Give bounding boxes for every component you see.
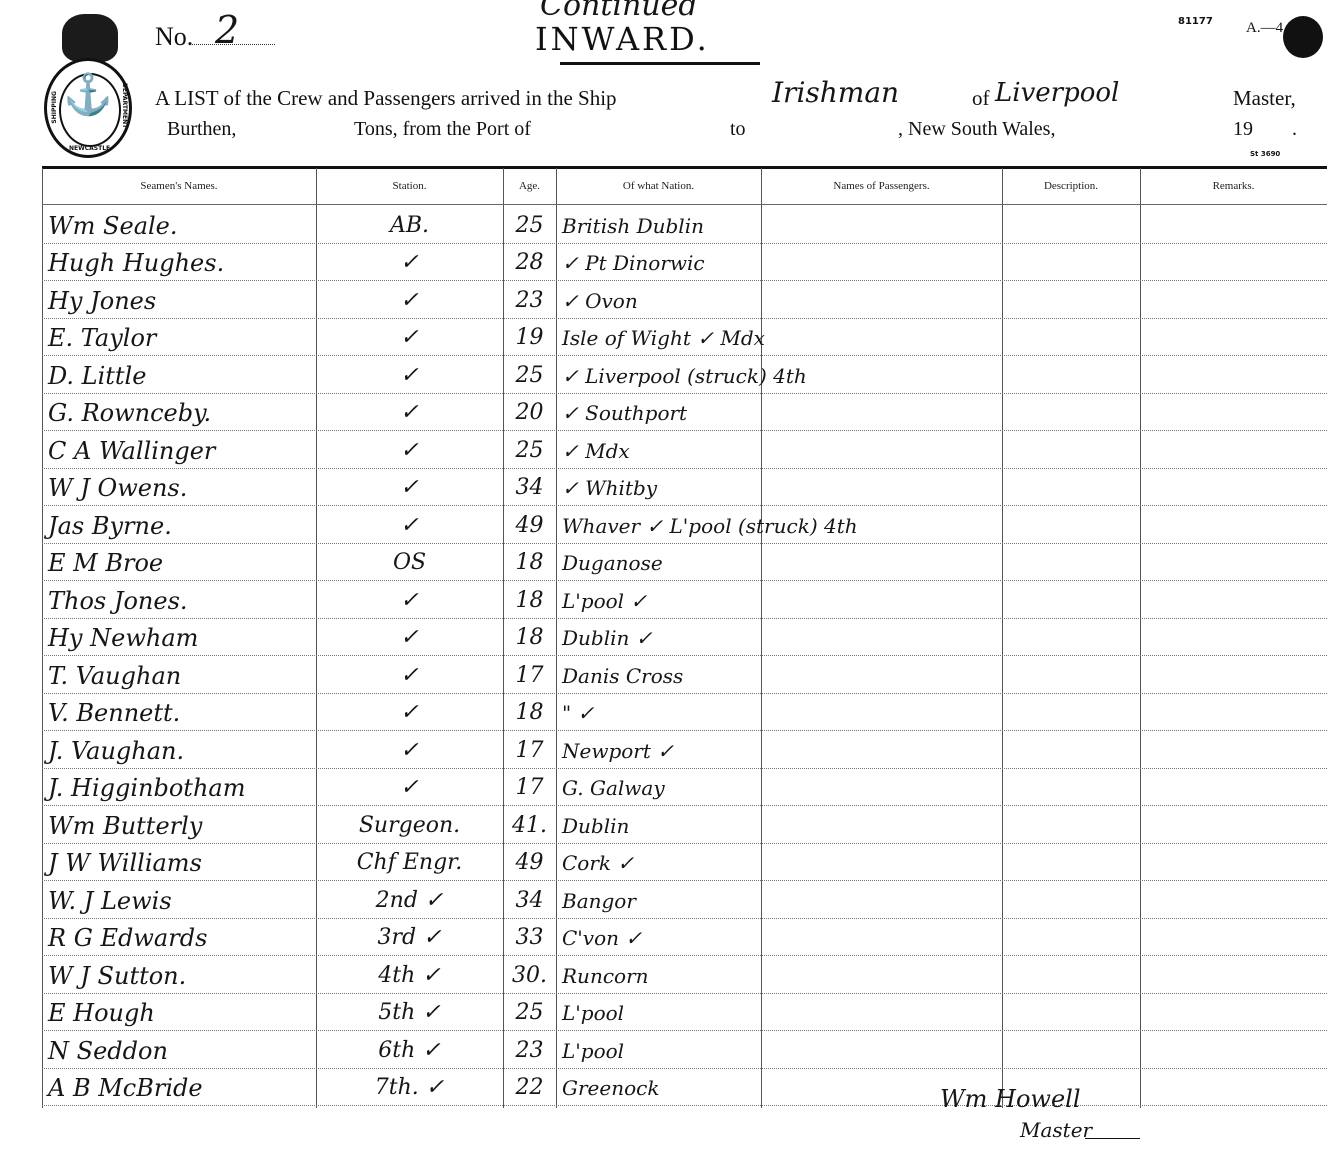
- table-row: N Seddon6th ✓23L'pool: [42, 1030, 1327, 1069]
- stamp-code: St 3690: [1250, 150, 1280, 158]
- table-row: V. Bennett.✓18" ✓: [42, 693, 1327, 732]
- seaman-name-cell: Thos Jones.: [48, 586, 188, 616]
- table-row: J. Vaughan.✓17Newport ✓: [42, 730, 1327, 769]
- age-cell: 23: [503, 1036, 556, 1066]
- age-cell: 34: [503, 473, 556, 503]
- master-signature: Wm Howell: [940, 1085, 1081, 1113]
- station-cell: Chf Engr.: [316, 848, 503, 878]
- year-suffix: .: [1292, 118, 1297, 141]
- table-row: Jas Byrne.✓49Whaver ✓ L'pool (struck) 4t…: [42, 505, 1327, 544]
- station-cell: ✓: [316, 398, 503, 428]
- nation-cell: Runcorn: [562, 961, 649, 991]
- table-row: E. Taylor✓19Isle of Wight ✓ Mdx: [42, 318, 1327, 357]
- seaman-name-cell: R G Edwards: [48, 923, 207, 953]
- station-cell: ✓: [316, 773, 503, 803]
- nation-cell: L'pool: [562, 1036, 624, 1066]
- anchor-icon: ⚓: [47, 75, 129, 115]
- seaman-name-cell: Wm Seale.: [48, 211, 178, 241]
- column-header-station: Station.: [316, 180, 503, 192]
- table-row: Wm ButterlySurgeon.41.Dublin: [42, 805, 1327, 844]
- nation-cell: Dublin: [562, 811, 629, 841]
- age-cell: 18: [503, 623, 556, 653]
- age-cell: 18: [503, 586, 556, 616]
- seaman-name-cell: E Hough: [48, 998, 155, 1028]
- table-row: Thos Jones.✓18L'pool ✓: [42, 580, 1327, 619]
- age-cell: 17: [503, 773, 556, 803]
- table-row: A B McBride7th. ✓22Greenock: [42, 1068, 1327, 1107]
- station-cell: OS: [316, 548, 503, 578]
- form-number-label: No.: [155, 22, 193, 52]
- station-cell: ✓: [316, 511, 503, 541]
- nation-cell: G. Galway: [562, 773, 665, 803]
- age-cell: 25: [503, 998, 556, 1028]
- seaman-name-cell: Hugh Hughes.: [48, 248, 224, 278]
- age-cell: 17: [503, 736, 556, 766]
- age-cell: 18: [503, 548, 556, 578]
- nation-cell: ✓ Ovon: [562, 286, 638, 316]
- age-cell: 49: [503, 848, 556, 878]
- form-code: A.—4: [1246, 20, 1283, 37]
- station-cell: 7th. ✓: [316, 1073, 503, 1103]
- nation-cell: British Dublin: [562, 211, 704, 241]
- table-row: Hy Newham✓18Dublin ✓: [42, 618, 1327, 657]
- nation-cell: C'von ✓: [562, 923, 642, 953]
- station-cell: Surgeon.: [316, 811, 503, 841]
- seaman-name-cell: Hy Jones: [48, 286, 156, 316]
- seaman-name-cell: Jas Byrne.: [48, 511, 172, 541]
- crew-table: Seamen's Names. Station. Age. Of what Na…: [42, 168, 1327, 1108]
- station-cell: 6th ✓: [316, 1036, 503, 1066]
- title-underline: [560, 62, 760, 65]
- crown-icon: [62, 14, 118, 62]
- age-cell: 19: [503, 323, 556, 353]
- nation-cell: L'pool ✓: [562, 586, 647, 616]
- form-title: INWARD.: [535, 20, 710, 58]
- station-cell: ✓: [316, 361, 503, 391]
- table-row: W J Sutton.4th ✓30.Runcorn: [42, 955, 1327, 994]
- column-header-passengers: Names of Passengers.: [761, 180, 1002, 192]
- table-row: T. Vaughan✓17Danis Cross: [42, 655, 1327, 694]
- age-cell: 30.: [503, 961, 556, 991]
- age-cell: 41.: [503, 811, 556, 841]
- seaman-name-cell: E M Broe: [48, 548, 163, 578]
- age-cell: 25: [503, 361, 556, 391]
- seaman-name-cell: C A Wallinger: [48, 436, 215, 466]
- station-cell: 5th ✓: [316, 998, 503, 1028]
- age-cell: 18: [503, 698, 556, 728]
- station-cell: 4th ✓: [316, 961, 503, 991]
- of-label: of: [972, 86, 990, 111]
- nation-cell: Duganose: [562, 548, 663, 578]
- station-cell: 2nd ✓: [316, 886, 503, 916]
- age-cell: 33: [503, 923, 556, 953]
- station-cell: ✓: [316, 473, 503, 503]
- ship-name: Irishman: [772, 76, 899, 109]
- seaman-name-cell: W J Owens.: [48, 473, 187, 503]
- form-serial: 81177: [1178, 16, 1213, 27]
- table-row: D. Little✓25✓ Liverpool (struck) 4th: [42, 355, 1327, 394]
- age-cell: 34: [503, 886, 556, 916]
- seaman-name-cell: W J Sutton.: [48, 961, 186, 991]
- station-cell: ✓: [316, 323, 503, 353]
- age-cell: 49: [503, 511, 556, 541]
- badge-text-top: SHIPPING: [51, 91, 58, 124]
- nation-cell: Dublin ✓: [562, 623, 653, 653]
- nation-cell: ✓ Mdx: [562, 436, 630, 466]
- nation-cell: Newport ✓: [562, 736, 674, 766]
- table-row: Hy Jones✓23✓ Ovon: [42, 280, 1327, 319]
- master-title: Master: [1020, 1118, 1092, 1142]
- ink-blot: [1283, 16, 1323, 58]
- column-header-age: Age.: [503, 180, 556, 192]
- age-cell: 23: [503, 286, 556, 316]
- table-row: Hugh Hughes.✓28✓ Pt Dinorwic: [42, 243, 1327, 282]
- nation-cell: ✓ Liverpool (struck) 4th: [562, 361, 807, 391]
- table-row: W J Owens.✓34✓ Whitby: [42, 468, 1327, 507]
- table-row: J W WilliamsChf Engr.49Cork ✓: [42, 843, 1327, 882]
- table-row: W. J Lewis2nd ✓34Bangor: [42, 880, 1327, 919]
- station-cell: ✓: [316, 586, 503, 616]
- station-cell: ✓: [316, 436, 503, 466]
- nation-cell: ✓ Southport: [562, 398, 687, 428]
- table-row: E M BroeOS18Duganose: [42, 543, 1327, 582]
- station-cell: ✓: [316, 623, 503, 653]
- age-cell: 20: [503, 398, 556, 428]
- seaman-name-cell: W. J Lewis: [48, 886, 172, 916]
- age-cell: 28: [503, 248, 556, 278]
- seaman-name-cell: V. Bennett.: [48, 698, 180, 728]
- table-row: C A Wallinger✓25✓ Mdx: [42, 430, 1327, 469]
- station-cell: ✓: [316, 698, 503, 728]
- badge-text-bottom: NEWCASTLE: [69, 145, 110, 152]
- table-row: R G Edwards3rd ✓33C'von ✓: [42, 918, 1327, 957]
- shipping-department-badge: ⚓ SHIPPING DEPARTMENT NEWCASTLE: [44, 58, 132, 158]
- age-cell: 22: [503, 1073, 556, 1103]
- station-cell: AB.: [316, 211, 503, 241]
- column-header-description: Description.: [1002, 180, 1140, 192]
- nation-cell: Isle of Wight ✓ Mdx: [562, 323, 765, 353]
- home-port: Liverpool: [995, 78, 1119, 108]
- nation-cell: Cork ✓: [562, 848, 634, 878]
- signature-rule: [1085, 1138, 1140, 1139]
- nation-cell: L'pool: [562, 998, 624, 1028]
- column-header-seamens-names: Seamen's Names.: [42, 180, 316, 192]
- station-cell: 3rd ✓: [316, 923, 503, 953]
- column-header-nation: Of what Nation.: [556, 180, 761, 192]
- station-cell: ✓: [316, 736, 503, 766]
- column-header-remarks: Remarks.: [1140, 180, 1327, 192]
- destination-label: , New South Wales,: [898, 118, 1055, 141]
- nation-cell: Greenock: [562, 1073, 659, 1103]
- station-cell: ✓: [316, 286, 503, 316]
- seaman-name-cell: G. Rownceby.: [48, 398, 211, 428]
- nation-cell: Whaver ✓ L'pool (struck) 4th: [562, 511, 858, 541]
- station-cell: ✓: [316, 661, 503, 691]
- seaman-name-cell: N Seddon: [48, 1036, 168, 1066]
- seaman-name-cell: J. Higginbotham: [48, 773, 245, 803]
- seaman-name-cell: D. Little: [48, 361, 146, 391]
- nation-cell: ✓ Pt Dinorwic: [562, 248, 705, 278]
- age-cell: 25: [503, 436, 556, 466]
- seaman-name-cell: J W Williams: [48, 848, 202, 878]
- seaman-name-cell: A B McBride: [48, 1073, 203, 1103]
- table-row: G. Rownceby.✓20✓ Southport: [42, 393, 1327, 432]
- year-label: 19: [1233, 118, 1253, 141]
- burthen-label: Burthen,: [167, 118, 236, 141]
- nation-cell: Bangor: [562, 886, 636, 916]
- nation-cell: " ✓: [562, 698, 594, 728]
- age-cell: 17: [503, 661, 556, 691]
- badge-text-right: DEPARTMENT: [121, 83, 128, 128]
- table-row: E Hough5th ✓25L'pool: [42, 993, 1327, 1032]
- seaman-name-cell: Wm Butterly: [48, 811, 202, 841]
- station-cell: ✓: [316, 248, 503, 278]
- seaman-name-cell: Hy Newham: [48, 623, 198, 653]
- nation-cell: ✓ Whitby: [562, 473, 657, 503]
- list-heading-prefix: A LIST of the Crew and Passengers arrive…: [155, 86, 617, 111]
- seaman-name-cell: J. Vaughan.: [48, 736, 184, 766]
- form-number-value: 2: [215, 8, 239, 52]
- seaman-name-cell: T. Vaughan: [48, 661, 181, 691]
- master-label: Master,: [1233, 86, 1296, 111]
- nation-cell: Danis Cross: [562, 661, 683, 691]
- seaman-name-cell: E. Taylor: [48, 323, 156, 353]
- tons-label: Tons, from the Port of: [354, 118, 531, 141]
- to-label: to: [730, 118, 746, 141]
- table-row: Wm Seale.AB.25British Dublin: [42, 205, 1327, 244]
- table-row: J. Higginbotham✓17G. Galway: [42, 768, 1327, 807]
- age-cell: 25: [503, 211, 556, 241]
